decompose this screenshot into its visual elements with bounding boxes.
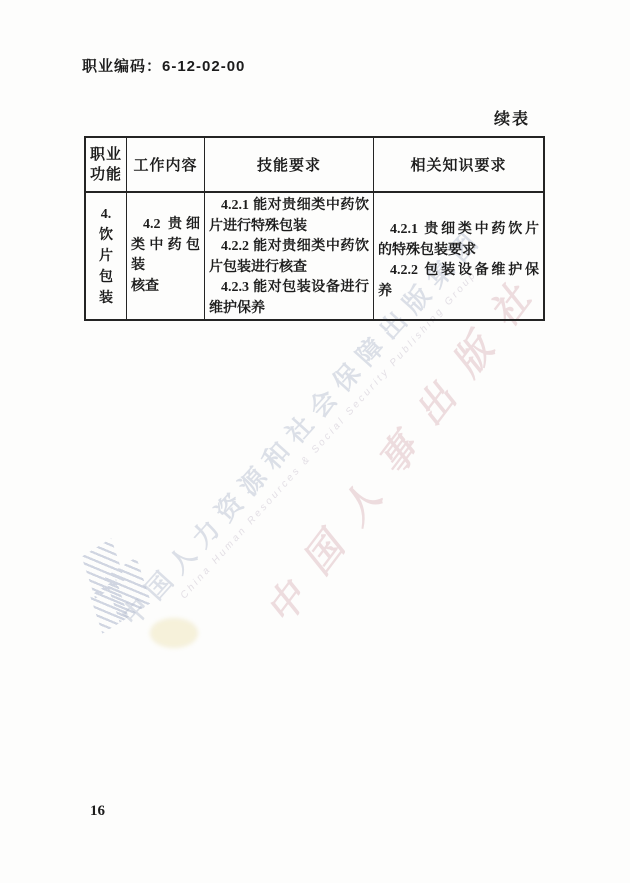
- text-line: 片包装进行核查: [209, 258, 369, 279]
- text-line: 维护保养: [209, 299, 369, 320]
- header-work-content: 工作内容: [127, 138, 205, 191]
- cell-skill-requirements: 4.2.1 能对贵细类中药饮片进行特殊包装4.2.2 能对贵细类中药饮片包装进行…: [205, 193, 374, 319]
- header-occupational-function: 职业功能: [86, 138, 127, 191]
- text-line: 核查: [131, 277, 200, 298]
- publisher-logo-watermark: [76, 536, 157, 634]
- text-line: 4.2.3 能对包装设备进行: [209, 278, 369, 299]
- logo-block: [105, 557, 151, 622]
- text-line: 包: [99, 267, 113, 288]
- cell-work-content: 4.2 贵细类中药包装核查: [127, 193, 205, 319]
- text-line: 4.2 贵细: [131, 215, 200, 236]
- cell-knowledge-requirements: 4.2.1 贵细类中药饮片的特殊包装要求4.2.2 包装设备维护保养: [374, 193, 543, 319]
- logo-block: [90, 579, 129, 633]
- seal-smudge-watermark: [150, 618, 198, 648]
- table-row: 4.饮片包装 4.2 贵细类中药包装核查 4.2.1 能对贵细类中药饮片进行特殊…: [86, 193, 543, 319]
- text-line: 4.2.2 包装设备维护保: [378, 261, 539, 282]
- table-header-row: 职业功能 工作内容 技能要求 相关知识要求: [86, 138, 543, 193]
- text-line: 4.2.1 能对贵细类中药饮: [209, 196, 369, 217]
- occupation-code-label: 职业编码：6-12-02-00: [82, 55, 245, 76]
- logo-block: [82, 538, 125, 598]
- text-line: 功能: [90, 165, 122, 185]
- page-number: 16: [90, 803, 105, 820]
- document-page: 中国人力资源和社会保障出版集团 China Human Resources & …: [0, 0, 630, 883]
- text-line: 4.: [101, 204, 112, 225]
- text-line: 类中药包装: [131, 236, 200, 277]
- text-line: 4.2.2 能对贵细类中药饮: [209, 237, 369, 258]
- header-skill-requirements: 技能要求: [205, 138, 374, 191]
- text-line: 4.2.1 贵细类中药饮片: [378, 220, 539, 241]
- occupational-standard-table: 职业功能 工作内容 技能要求 相关知识要求 4.饮片包装 4.2 贵细类中药包装…: [84, 136, 545, 321]
- cell-occupational-function: 4.饮片包装: [86, 193, 127, 319]
- continued-table-label: 续表: [494, 106, 530, 129]
- text-line: 的特殊包装要求: [378, 241, 539, 262]
- text-line: 饮: [99, 225, 113, 246]
- text-line: 片进行特殊包装: [209, 217, 369, 238]
- text-line: 职业: [90, 145, 122, 165]
- text-line: 养: [378, 282, 539, 303]
- text-line: 片: [99, 246, 113, 267]
- text-line: 装: [99, 288, 113, 309]
- header-knowledge-requirements: 相关知识要求: [374, 138, 543, 191]
